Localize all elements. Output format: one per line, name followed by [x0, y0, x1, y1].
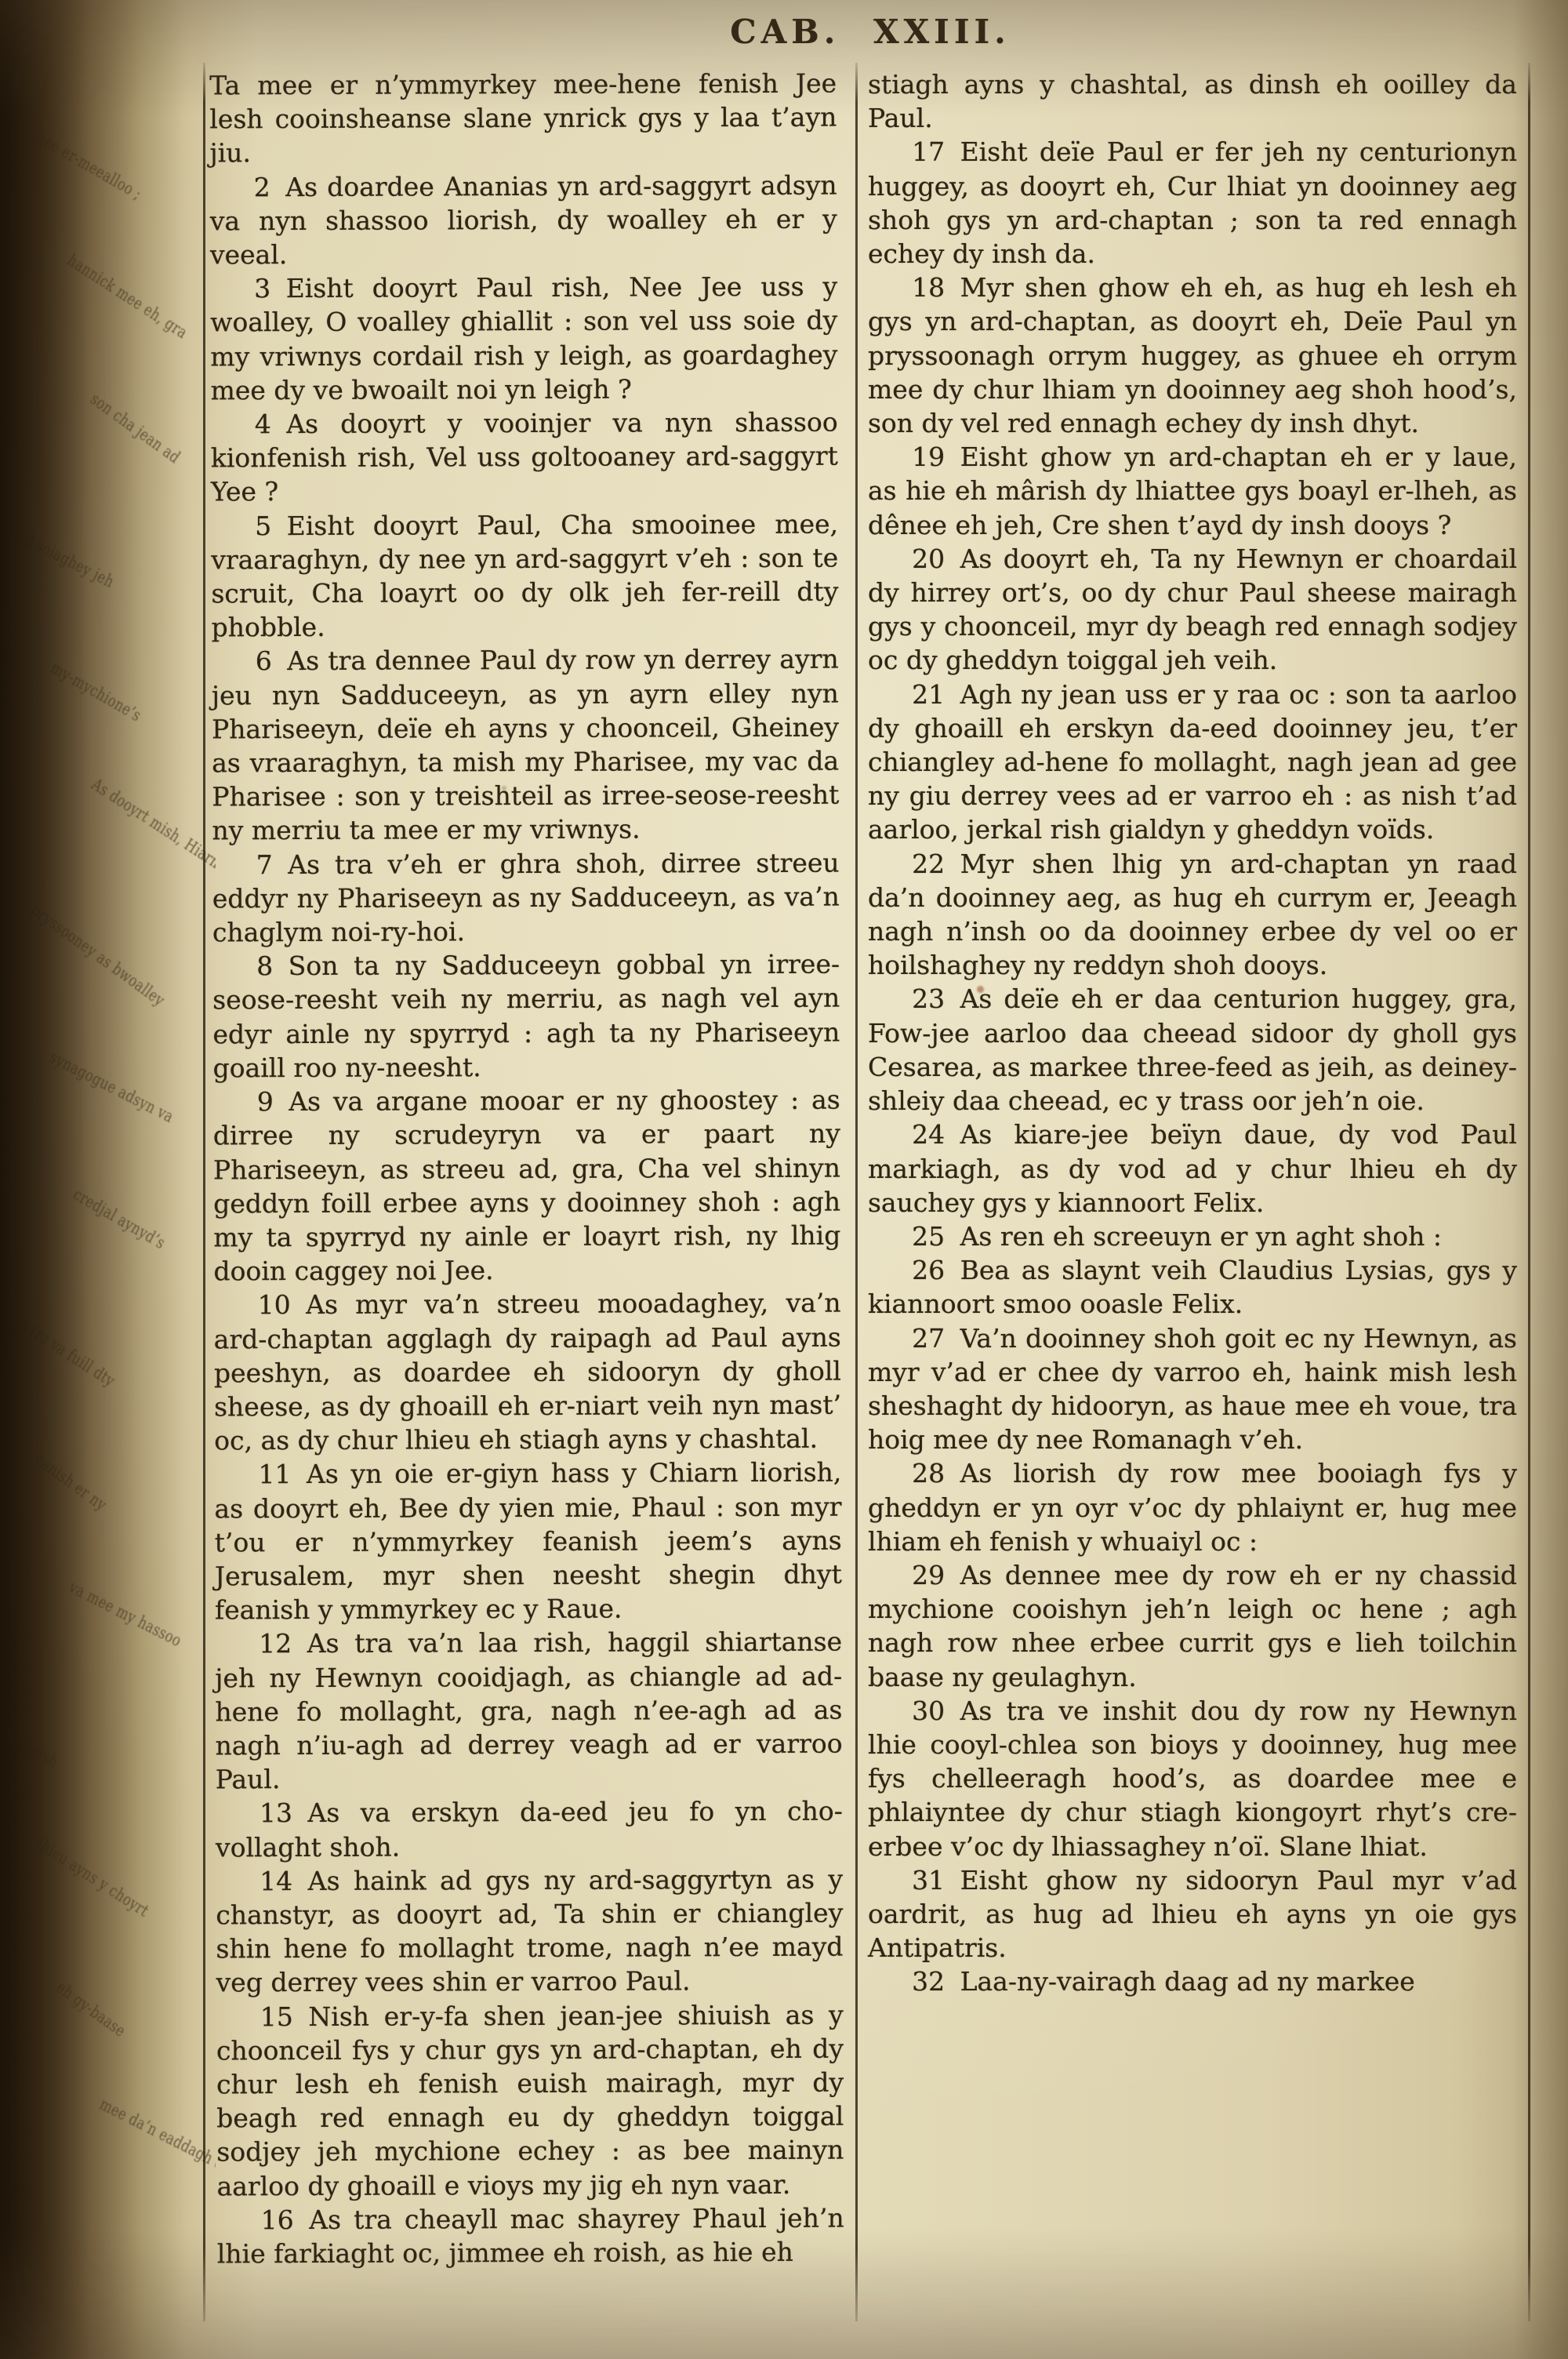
gutter-shadow	[0, 0, 216, 2359]
book-gutter: ayns ymee er-meealloo ;hannick mee eh, g…	[0, 0, 216, 2359]
verse-number: 7	[256, 849, 275, 880]
verse-number: 25	[912, 1221, 947, 1252]
spine-fragment: hannick mee eh, gra	[64, 251, 191, 343]
verse-paragraph: 15 Nish er-y-fa shen jean-jee shiuish as…	[216, 1997, 844, 2203]
verse-paragraph: 25 As ren eh screeuyn er yn aght shoh :	[868, 1219, 1517, 1253]
verse-number: 14	[260, 1866, 295, 1896]
spine-fragment: ayns y	[0, 15, 31, 51]
spine-fragment: mee da’n eaddagh ocsyn	[96, 2095, 216, 2187]
verse-number: 28	[912, 1458, 947, 1488]
spine-fragment: kionfenish	[0, 1720, 62, 1772]
verse-paragraph: 16 As tra cheayll mac shayrey Phaul jeh’…	[217, 2201, 844, 2270]
verse-paragraph: 27 Va’n dooinney shoh goit ec ny Hewnyn,…	[868, 1321, 1517, 1457]
verse-paragraph: 2 As doardee Ananias yn ard-saggyrt adsy…	[210, 168, 837, 271]
verse-number: 10	[258, 1289, 293, 1320]
verse-paragraph: 31 Eisht ghow ny sidooryn Paul myr v’ad …	[868, 1863, 1517, 1965]
column-rule-center	[855, 63, 858, 2321]
page-edge-shadow	[1513, 0, 1568, 2359]
verse-paragraph: 10 As myr va’n streeu mooadaghey, va’n a…	[214, 1286, 842, 1458]
verse-number: 24	[912, 1119, 947, 1150]
spine-fragment: lhieu ayns y choyrt	[34, 1834, 152, 1921]
spine-fragment: mee er-meealloo ;	[30, 126, 145, 203]
spine-fragment: eh gy-baase	[53, 1978, 129, 2041]
verse-number: 11	[258, 1459, 293, 1489]
verse-number: 13	[260, 1797, 295, 1828]
verse-number: 17	[912, 136, 947, 167]
verse-paragraph: 7 As tra v’eh er ghra shoh, dirree stree…	[212, 845, 840, 949]
verse-paragraph: 20 As dooyrt eh, Ta ny Hewnyn er choarda…	[868, 542, 1517, 678]
chapter-heading: CAB. XXIII.	[212, 13, 1529, 51]
verse-paragraph: 18 Myr shen ghow eh eh, as hug eh lesh e…	[868, 271, 1517, 440]
verse-number: 16	[261, 2205, 296, 2235]
verse-number: 27	[912, 1323, 947, 1354]
verse-paragraph: 17 Eisht deïe Paul er fer jeh ny centuri…	[868, 135, 1517, 271]
verse-number: 18	[912, 272, 947, 303]
verse-number: 29	[912, 1560, 947, 1590]
spine-fragment: synagogue adsyn va	[47, 1048, 177, 1126]
verse-paragraph: 30 As tra ve inshit dou dy row ny Hewnyn…	[868, 1694, 1517, 1863]
verse-number: 12	[259, 1628, 294, 1659]
spine-fragment: pryssooney as bwoalley	[27, 900, 168, 1010]
text-column-left: Ta mee er n’ymmyrkey mee-hene fenish Jee…	[209, 67, 844, 2271]
verse-number: 21	[912, 679, 947, 710]
verse-number: 22	[912, 849, 947, 879]
spine-fragment: eanish er ny	[31, 1450, 110, 1514]
verse-number: 8	[256, 951, 275, 981]
spine-fragment: credjal aynyd’s	[70, 1185, 169, 1252]
verse-paragraph: 22 Myr shen lhig yn ard-chaptan yn raad …	[868, 847, 1517, 983]
spine-fragment: my-mychione’s	[48, 658, 145, 725]
verse-number: 2	[254, 172, 273, 202]
verse-paragraph: 11 As yn oie er-giyn hass y Chiarn liori…	[214, 1456, 842, 1627]
verse-paragraph: stiagh ayns y chashtal, as dinsh eh ooil…	[868, 67, 1517, 135]
verse-paragraph: 26 Bea as slaynt veih Claudius Lysias, g…	[868, 1253, 1517, 1321]
verse-paragraph: 6 As tra dennee Paul dy row yn derrey ay…	[212, 642, 840, 848]
spine-fragment: As dooyrt mish, Hiarn	[89, 775, 216, 872]
verse-number: 31	[912, 1865, 947, 1896]
verse-paragraph: 23 As deïe eh er daa centurion huggey, g…	[868, 982, 1517, 1118]
verse-number: 19	[912, 442, 947, 472]
text-column-right: stiagh ayns y chashtal, as dinsh eh ooil…	[868, 67, 1517, 1999]
verse-paragraph: 13 As va erskyn da-eed jeu fo yn cho-vol…	[216, 1794, 843, 1864]
verse-number: 3	[254, 273, 273, 304]
verse-number: 6	[256, 646, 274, 677]
verse-paragraph: 14 As haink ad gys ny ard-saggyrtyn as y…	[216, 1862, 844, 2000]
verse-number: 20	[912, 543, 947, 574]
verse-paragraph: Ta mee er n’ymmyrkey mee-hene fenish Jee…	[209, 67, 837, 170]
verse-paragraph: 24 As kiare-jee beïyn daue, dy vod Paul …	[868, 1118, 1517, 1219]
spine-fragment: As tra va fuill dty	[9, 1310, 118, 1390]
verse-number: 23	[912, 983, 947, 1014]
verse-number: 4	[255, 409, 274, 439]
verse-paragraph: 29 As dennee mee dy row eh er ny chassid…	[868, 1558, 1517, 1694]
verse-paragraph: 19 Eisht ghow yn ard-chaptan eh er y lau…	[868, 440, 1517, 542]
verse-number: 32	[912, 1966, 947, 1997]
page-surface: ayns ymee er-meealloo ;hannick mee eh, g…	[0, 0, 1568, 2359]
verse-paragraph: 4 As dooyrt y vooinjer va nyn shassoo ki…	[211, 405, 838, 509]
verse-paragraph: 32 Laa-ny-vairagh daag ad ny markee	[868, 1965, 1517, 1998]
verse-paragraph: 5 Eisht dooyrt Paul, Cha smooinee mee, v…	[211, 507, 839, 645]
verse-paragraph: 28 As liorish dy row mee booiagh fys y g…	[868, 1456, 1517, 1558]
verse-paragraph: 12 As tra va’n laa rish, haggil shiartan…	[215, 1625, 843, 1797]
verse-number: 9	[257, 1086, 276, 1117]
verse-number: 30	[912, 1696, 947, 1726]
column-rule-left	[203, 63, 205, 2321]
spine-fragment: son cha jean ad	[87, 390, 183, 467]
verse-number: 15	[260, 2001, 296, 2032]
verse-number: 26	[912, 1255, 947, 1285]
spine-fragment: va mee my hassoo	[66, 1578, 184, 1651]
verse-number: 5	[255, 511, 274, 541]
verse-paragraph: 8 Son ta ny Sadduceeyn gobbal yn irree-s…	[212, 947, 840, 1085]
column-rule-right	[1528, 63, 1530, 2321]
verse-paragraph: 9 As va argane mooar er ny ghoostey : as…	[213, 1083, 841, 1289]
spine-fragment: al soiaghey jeh	[18, 529, 118, 591]
verse-paragraph: 21 Agh ny jean uss er y raa oc : son ta …	[868, 678, 1517, 847]
verse-paragraph: 3 Eisht dooyrt Paul rish, Nee Jee uss y …	[210, 270, 838, 408]
